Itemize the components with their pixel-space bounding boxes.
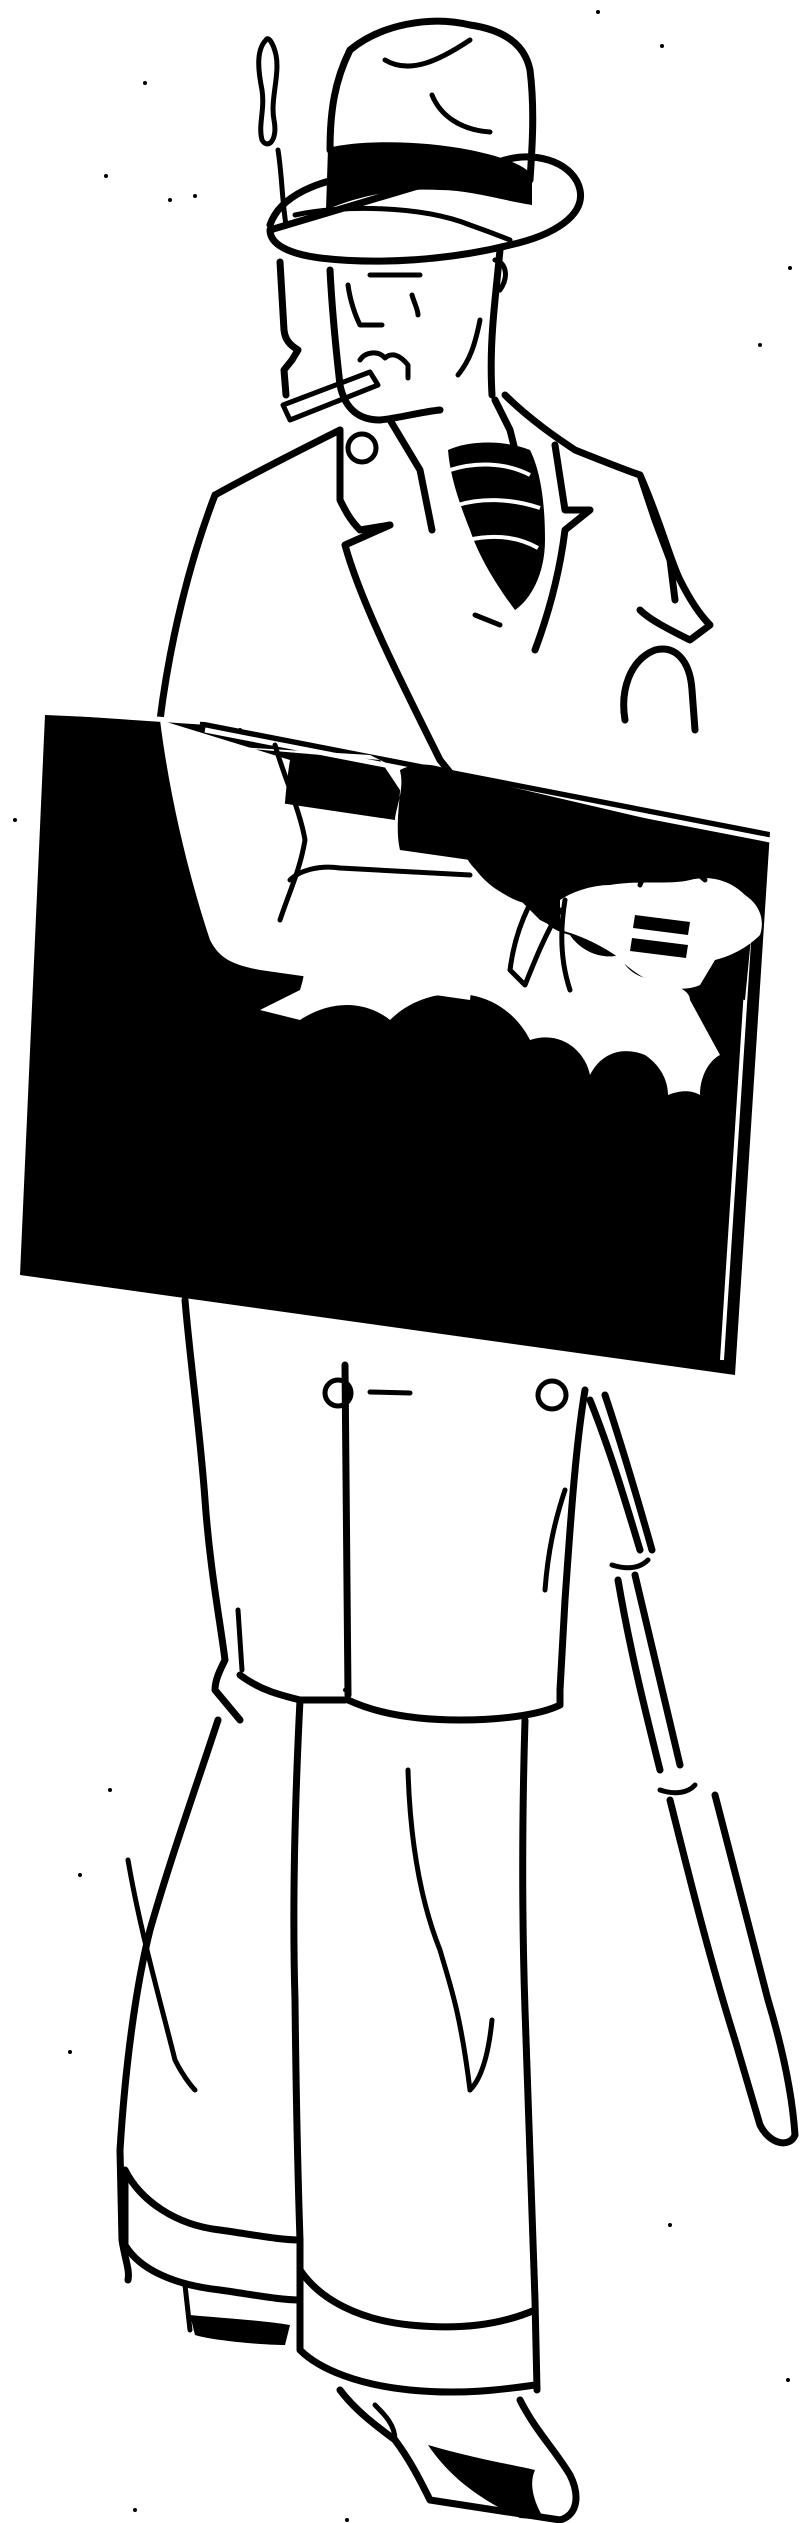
- figure: [20, 21, 795, 2520]
- jacket-shoulders: [215, 395, 675, 600]
- cane-handle: [624, 649, 695, 730]
- face-cheek: [458, 320, 480, 375]
- hat-dent: [385, 40, 470, 66]
- jacket-lower-left: [185, 1300, 240, 1720]
- smoke-wisp: [259, 39, 277, 144]
- trouser-left-inner: [294, 1700, 300, 2240]
- face-profile: [280, 262, 298, 395]
- jacket-front-edge: [345, 1365, 348, 1695]
- jacket-right-edge: [560, 1390, 585, 1690]
- trouser-left-outer: [120, 1720, 218, 2280]
- cigarette: [283, 372, 378, 420]
- eye: [348, 275, 420, 325]
- trouser-right-outer: [523, 1720, 535, 2300]
- man-with-canvas-illustration: [0, 0, 800, 2523]
- hat-crease: [432, 95, 490, 132]
- trouser-right-crease-lower: [470, 2020, 492, 2090]
- jacket-button-lower-right: [538, 1381, 566, 1409]
- trouser-left-cuff: [125, 2170, 300, 2305]
- neck: [491, 250, 500, 395]
- jacket-pocket-flap: [238, 1610, 242, 1670]
- jacket-hem: [240, 1675, 560, 1720]
- cane-shaft: [590, 1395, 795, 2143]
- left-shoe-heel: [185, 2285, 190, 2330]
- trouser-right-crease: [408, 1770, 470, 2090]
- trouser-right-cuff: [300, 2270, 537, 2392]
- button-bar: [370, 1392, 410, 1393]
- right-arm: [640, 475, 710, 640]
- left-shoe: [190, 2315, 290, 2345]
- jacket-button-top: [348, 434, 376, 462]
- shirt-v: [475, 615, 500, 625]
- jacket-dart: [545, 1490, 565, 1590]
